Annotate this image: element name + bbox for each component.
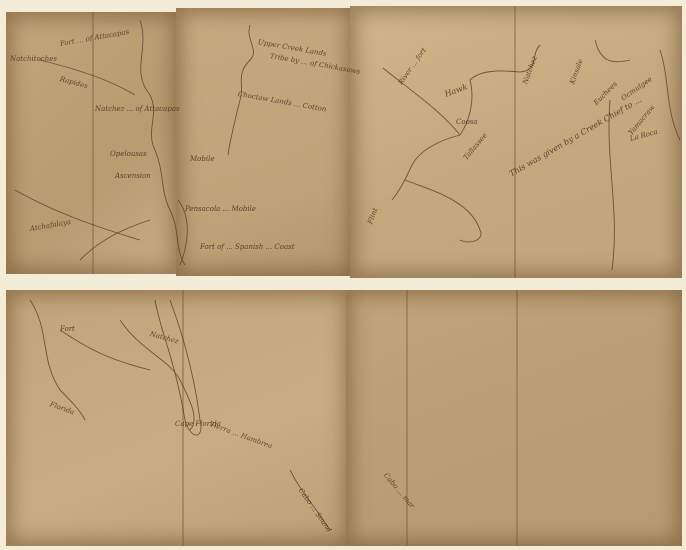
- map-label: Natchitoches: [10, 55, 57, 63]
- map-label: Fort: [60, 325, 75, 333]
- map-label: Pensacola ... Mobile: [185, 205, 256, 213]
- map-label: Ascension: [115, 172, 151, 180]
- map-label: Natchez ... of Attacapas: [95, 105, 180, 113]
- map-label: Mobile: [190, 155, 214, 163]
- map-label: Opelousas: [110, 150, 147, 158]
- map-label: Fort of ... Spanish ... Coast: [200, 243, 295, 251]
- map-label: Coosa: [456, 118, 478, 126]
- rivers-and-coastlines: [0, 0, 686, 550]
